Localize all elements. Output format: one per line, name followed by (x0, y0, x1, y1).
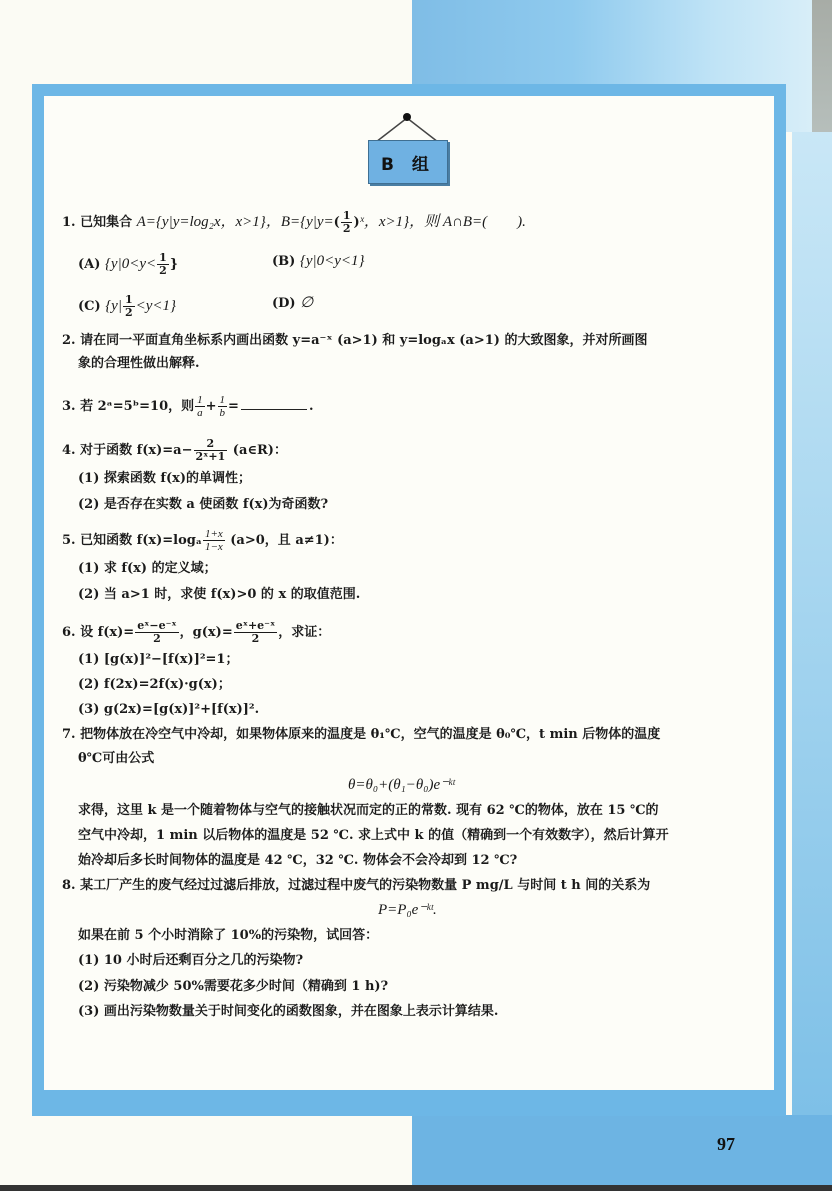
problem-2-line-2: 象的合理性做出解释. (78, 355, 200, 373)
problem-5-stem: 5. 已知函数 f(x)=logₐ1+x1−x (a>0，且 a≠1)： (62, 528, 343, 553)
problem-8-line-2: 如果在前 5 个小时消除了 10%的污染物，试回答： (78, 927, 378, 945)
option-label: (C) (78, 299, 101, 314)
problem-8-line-1: 8. 某工厂产生的废气经过过滤后排放，过滤过程中废气的污染物数量 P mg/L … (62, 877, 650, 895)
problem-7-line-1: 7. 把物体放在冷空气中冷却，如果物体原来的温度是 θ₁℃，空气的温度是 θ₀℃… (62, 726, 660, 744)
problem-text: 已知函数 f(x)=logₐ (80, 533, 202, 548)
problem-6-part-3: (3) g(2x)=[g(x)]²+[f(x)]². (78, 701, 259, 719)
problem-6-part-2: (2) f(2x)=2f(x)·g(x)； (78, 676, 231, 694)
problem-text: 若 2ᵃ=5ᵇ=10，则 (80, 399, 194, 414)
problem-8-part-3: (3) 画出污染物数量关于时间变化的函数图象，并在图象上表示计算结果. (78, 1003, 498, 1021)
fraction: 12 (123, 294, 135, 319)
option-text: <y<1} (136, 298, 176, 314)
problem-6-stem: 6. 设 f(x)=eˣ−e⁻ˣ2，g(x)=eˣ+e⁻ˣ2，求证： (62, 620, 330, 645)
problem-7-line-5: 始冷却后多长时间物体的温度是 42 ℃，32 ℃. 物体会不会冷却到 12 ℃? (78, 852, 517, 870)
option-text: ∅ (300, 295, 313, 311)
problem-number: 7. (62, 727, 76, 742)
fraction: 1+x1−x (203, 528, 225, 553)
problem-6-part-1: (1) [g(x)]²−[f(x)]²=1； (78, 651, 238, 669)
problem-4-part-2: (2) 是否存在实数 a 使函数 f(x)为奇函数? (78, 496, 328, 514)
problem-text: 设 f(x)= (80, 625, 134, 640)
math-set-B-prefix: ，B={y|y= (266, 214, 334, 230)
problem-text: (a>0，且 a≠1)： (230, 533, 343, 548)
math-set-B-suffix: ˣ，x>1}，则 A∩B=( ). (360, 214, 526, 230)
problem-text: 某工厂产生的废气经过过滤后排放，过滤过程中废气的污染物数量 P mg/L 与时间… (80, 878, 650, 893)
fraction: 12 (157, 252, 169, 277)
option-label: (D) (272, 296, 296, 311)
problem-number: 2. (62, 333, 76, 348)
problem-text: (a∈R)： (233, 443, 287, 458)
problem-7-line-2: θ℃可由公式 (78, 750, 154, 768)
problem-7-line-3: 求得，这里 k 是一个随着物体与空气的接触状况而定的正的常数. 现有 62 ℃的… (78, 802, 659, 820)
option-D: (D) ∅ (272, 294, 313, 313)
problem-4-part-1: (1) 探索函数 f(x)的单调性； (78, 470, 251, 488)
answer-blank[interactable] (241, 409, 307, 410)
problem-number: 1. (62, 215, 76, 230)
problem-5-part-2: (2) 当 a>1 时，求使 f(x)>0 的 x 的取值范围. (78, 586, 360, 604)
problem-number: 5. (62, 533, 76, 548)
problem-number: 6. (62, 625, 76, 640)
problem-text: ，g(x)= (180, 625, 233, 640)
page-number: 97 (717, 1134, 735, 1155)
cooling-formula: θ=θ₀+(θ₁−θ₀)e⁻ᵏᵗ (348, 776, 455, 794)
fraction: 1b (218, 394, 228, 419)
punctuation: . (309, 399, 314, 414)
problem-8-part-1: (1) 10 小时后还剩百分之几的污染物? (78, 952, 303, 970)
decorative-background-right (792, 132, 832, 1191)
section-label-sign: B 组 (368, 140, 448, 184)
problem-number: 8. (62, 878, 76, 893)
math-operator: = (228, 399, 239, 414)
math-operator: + (206, 399, 217, 414)
option-text: } (170, 257, 178, 272)
option-text: {y|0<y<1} (300, 253, 365, 269)
problem-text: 请在同一平面直角坐标系内画出函数 y=a⁻ˣ (a>1) 和 y=logₐx (… (80, 333, 647, 348)
pollutant-formula: P=P₀e⁻ᵏᵗ. (378, 901, 437, 919)
problem-number: 4. (62, 443, 76, 458)
math-set-A: A={y|y=log₂x，x>1} (137, 214, 266, 230)
problem-text: 对于函数 f(x)=a− (80, 443, 192, 458)
option-A: (A) {y|0<y<12} (78, 252, 178, 277)
problem-2-line-1: 2. 请在同一平面直角坐标系内画出函数 y=a⁻ˣ (a>1) 和 y=logₐ… (62, 332, 647, 350)
problem-5-part-1: (1) 求 f(x) 的定义域； (78, 560, 217, 578)
option-B: (B) {y|0<y<1} (272, 252, 365, 271)
problem-3: 3. 若 2ᵃ=5ᵇ=10，则1a+1b=. (62, 394, 313, 419)
fraction: 12 (341, 210, 353, 235)
option-label: (B) (272, 254, 295, 269)
problem-text: 把物体放在冷空气中冷却，如果物体原来的温度是 θ₁℃，空气的温度是 θ₀℃，t … (80, 727, 660, 742)
fraction: eˣ+e⁻ˣ2 (234, 620, 277, 645)
problem-7-line-4: 空气中冷却，1 min 以后物体的温度是 52 ℃. 求上式中 k 的值（精确到… (78, 827, 669, 845)
problem-number: 3. (62, 399, 76, 414)
fraction: eˣ−e⁻ˣ2 (135, 620, 178, 645)
problem-text: 已知集合 (80, 215, 137, 230)
option-text: {y| (105, 298, 122, 314)
bottom-edge (0, 1185, 832, 1191)
option-label: (A) (78, 257, 100, 272)
problem-8-part-2: (2) 污染物减少 50%需要花多少时间（精确到 1 h)? (78, 978, 388, 996)
problem-4-stem: 4. 对于函数 f(x)=a−22ˣ+1 (a∈R)： (62, 438, 287, 463)
option-text: {y|0<y< (105, 256, 156, 272)
problem-text: ，求证： (278, 625, 330, 640)
fraction: 1a (195, 394, 205, 419)
option-C: (C) {y|12<y<1} (78, 294, 176, 319)
decorative-background-bottom (412, 1115, 832, 1185)
problem-1-stem: 1. 已知集合 A={y|y=log₂x，x>1}，B={y|y=(12)ˣ，x… (62, 210, 526, 235)
fraction: 22ˣ+1 (194, 438, 228, 463)
